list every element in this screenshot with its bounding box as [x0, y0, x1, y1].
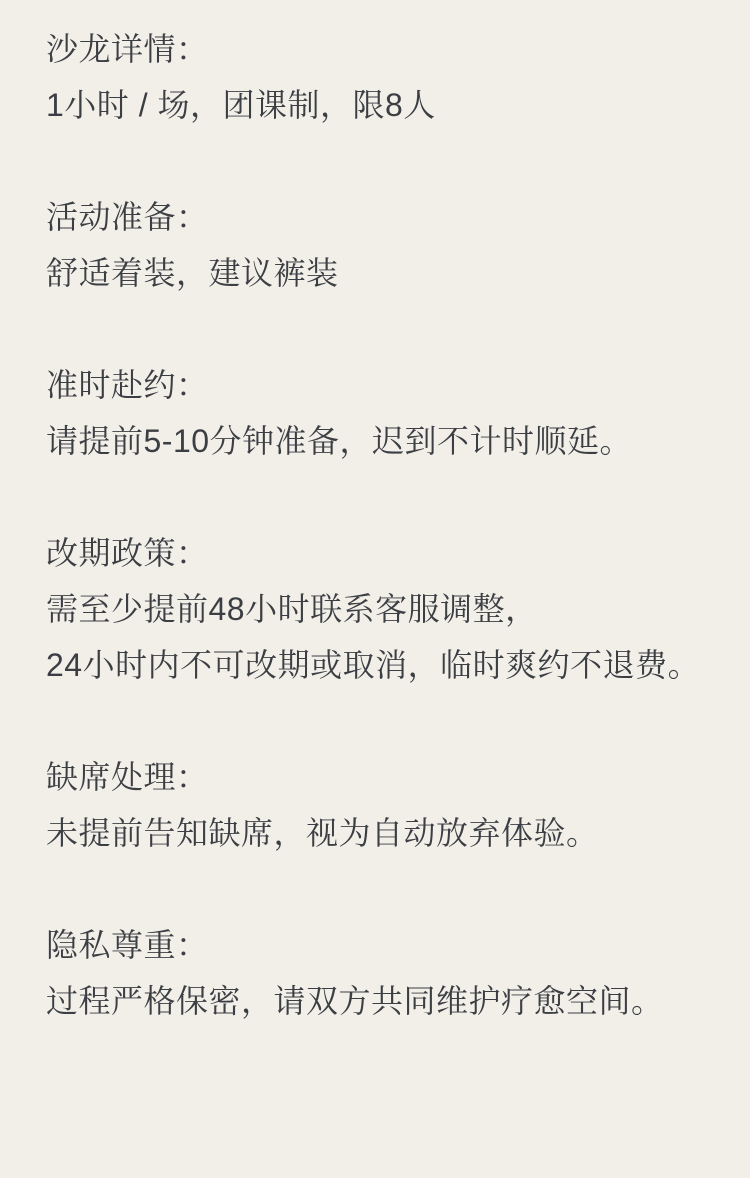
section-heading: 改期政策： [46, 525, 710, 581]
section-privacy-respect: 隐私尊重： 过程严格保密，请双方共同维护疗愈空间。 [46, 917, 710, 1029]
section-line: 过程严格保密，请双方共同维护疗愈空间。 [46, 973, 710, 1029]
section-reschedule-policy: 改期政策： 需至少提前48小时联系客服调整， 24小时内不可改期或取消，临时爽约… [46, 525, 710, 693]
section-heading: 活动准备： [46, 189, 710, 245]
section-heading: 准时赴约： [46, 357, 710, 413]
section-heading: 隐私尊重： [46, 917, 710, 973]
section-line: 请提前5-10分钟准备，迟到不计时顺延。 [46, 413, 710, 469]
section-heading: 缺席处理： [46, 749, 710, 805]
section-heading: 沙龙详情： [46, 21, 710, 77]
section-line: 需至少提前48小时联系客服调整， [46, 581, 710, 637]
section-line: 舒适着装，建议裤装 [46, 245, 710, 301]
section-line: 未提前告知缺席，视为自动放弃体验。 [46, 805, 710, 861]
section-punctual-arrival: 准时赴约： 请提前5-10分钟准备，迟到不计时顺延。 [46, 357, 710, 469]
section-line: 24小时内不可改期或取消，临时爽约不退费。 [46, 637, 710, 693]
section-activity-preparation: 活动准备： 舒适着装，建议裤装 [46, 189, 710, 301]
notice-page: 沙龙详情： 1小时 / 场，团课制，限8人 活动准备： 舒适着装，建议裤装 准时… [0, 0, 750, 1178]
section-salon-details: 沙龙详情： 1小时 / 场，团课制，限8人 [46, 21, 710, 133]
section-absence-handling: 缺席处理： 未提前告知缺席，视为自动放弃体验。 [46, 749, 710, 861]
section-line: 1小时 / 场，团课制，限8人 [46, 77, 710, 133]
